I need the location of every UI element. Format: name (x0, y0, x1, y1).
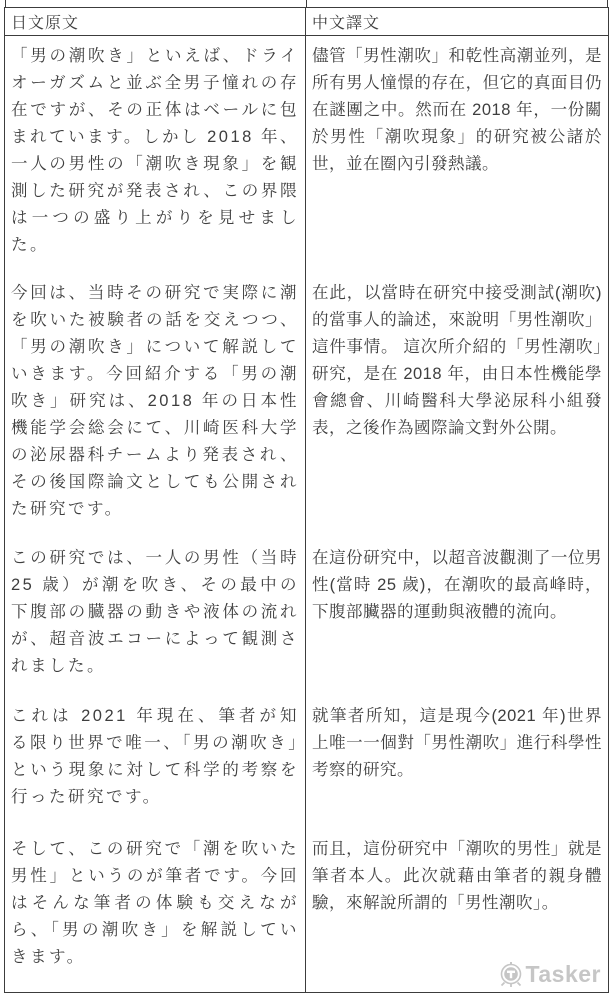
chinese-paragraph-3: 在這份研究中，以超音波觀測了一位男性(當時 25 歲)，在潮吹的最高峰時，下腹部… (306, 538, 609, 696)
chinese-paragraph-2: 在此，以當時在研究中接受測試(潮吹)的當事人的論述，來說明「男性潮吹」這件事情。… (306, 273, 609, 538)
watermark-label: Tasker (526, 960, 601, 988)
table-row: これは 2021 年現在、筆者が知る限り世界で唯一、「男の潮吹き」という現象に対… (5, 696, 609, 829)
japanese-paragraph-1: 「男の潮吹き」といえば、ドライオーガズムと並ぶ全男子憧れの存在ですが、その正体は… (5, 36, 306, 273)
japanese-paragraph-5: そして、この研究で「潮を吹いた男性」というのが筆者です。今回はそんな筆者の体験も… (5, 829, 306, 993)
table-continuation-stub (0, 0, 612, 7)
watermark: Tasker (499, 960, 601, 988)
document-page: 日文原文 中文譯文 「男の潮吹き」といえば、ドライオーガズムと並ぶ全男子憧れの存… (0, 0, 612, 1000)
tasker-logo-icon (499, 961, 523, 987)
chinese-paragraph-4: 就筆者所知，這是現今(2021 年)世界上唯一一個對「男性潮吹」進行科學性考察的… (306, 696, 609, 829)
table-border-stub-middle (306, 0, 307, 7)
column-header-chinese-translation: 中文譯文 (306, 8, 609, 36)
japanese-paragraph-2: 今回は、当時その研究で実際に潮を吹いた被験者の話を交えつつ、「男の潮吹き」につい… (5, 273, 306, 538)
table-row: この研究では、一人の男性（当時 25 歳）が潮を吹き、その最中の下腹部の臓器の動… (5, 538, 609, 696)
table-header-row: 日文原文 中文譯文 (5, 8, 609, 36)
column-header-japanese-original: 日文原文 (5, 8, 306, 36)
table-border-stub-left (5, 0, 6, 7)
chinese-paragraph-1: 儘管「男性潮吹」和乾性高潮並列，是所有男人憧憬的存在，但它的真面目仍在謎團之中。… (306, 36, 609, 273)
translation-table: 日文原文 中文譯文 「男の潮吹き」といえば、ドライオーガズムと並ぶ全男子憧れの存… (4, 7, 609, 993)
japanese-paragraph-4: これは 2021 年現在、筆者が知る限り世界で唯一、「男の潮吹き」という現象に対… (5, 696, 306, 829)
table-border-stub-right (607, 0, 608, 7)
japanese-paragraph-3: この研究では、一人の男性（当時 25 歳）が潮を吹き、その最中の下腹部の臓器の動… (5, 538, 306, 696)
table-row: 「男の潮吹き」といえば、ドライオーガズムと並ぶ全男子憧れの存在ですが、その正体は… (5, 36, 609, 273)
table-row: 今回は、当時その研究で実際に潮を吹いた被験者の話を交えつつ、「男の潮吹き」につい… (5, 273, 609, 538)
